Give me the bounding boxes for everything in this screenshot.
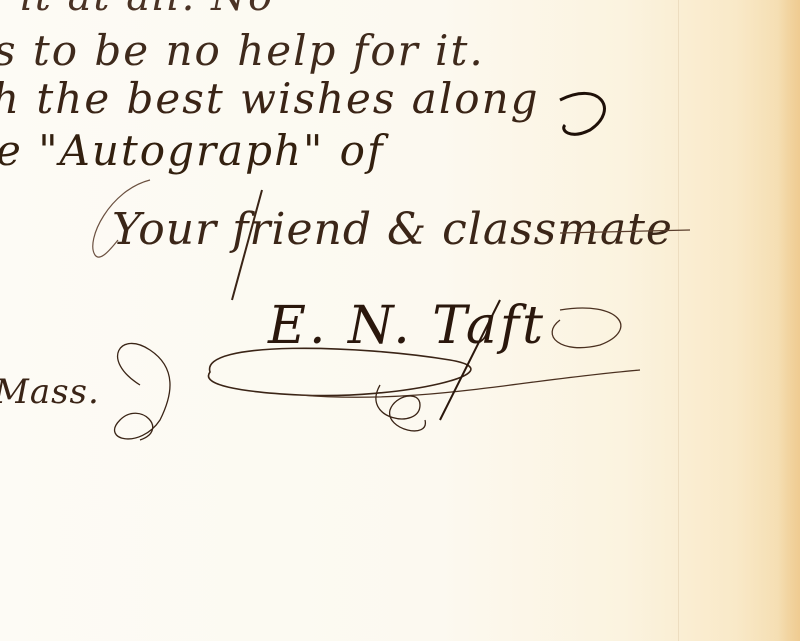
signature: E. N. Taft [268,296,546,356]
page-edge-discoloration [778,0,800,641]
body-line-3: h the best wishes along [0,74,540,123]
body-line-1: it at all. No [20,0,274,20]
place-name: Mass. [0,372,100,412]
closing-salutation: Your friend & classmate [112,204,673,255]
body-line-4: e "Autograph" of [0,126,385,175]
manuscript-page: it at all. No s to be no help for it. h … [0,0,800,641]
page-ruling-line [678,0,679,641]
body-line-2: s to be no help for it. [0,26,485,75]
